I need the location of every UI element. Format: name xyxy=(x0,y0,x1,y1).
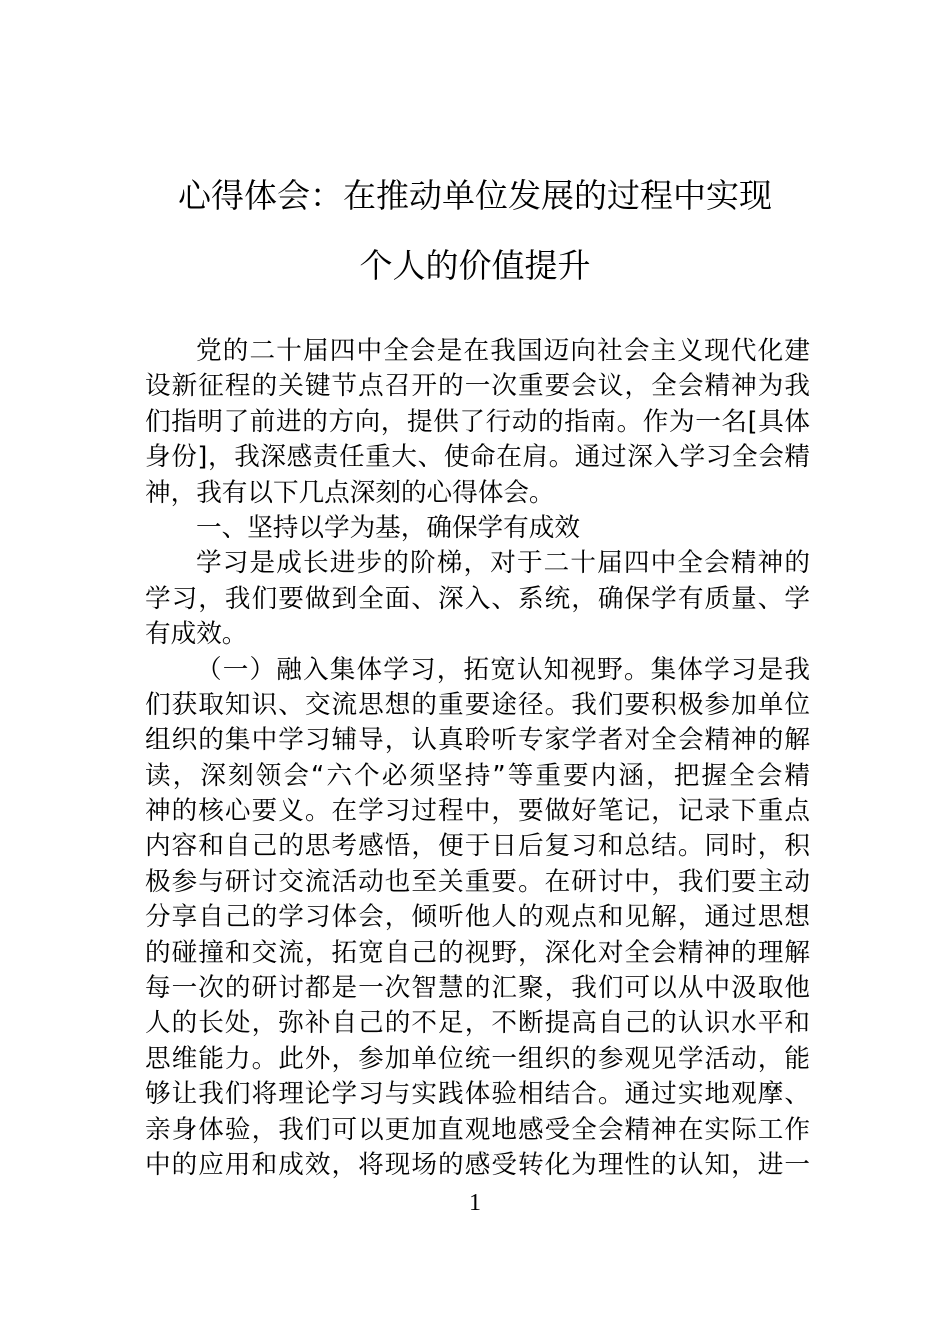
body-text-line: 学习，我们要做到全面、深入、系统，确保学有质量、学 xyxy=(145,582,810,617)
document-title-line-1: 心得体会：在推动单位发展的过程中实现 xyxy=(140,176,810,216)
body-text-line: 设新征程的关键节点召开的一次重要会议，全会精神为我 xyxy=(145,369,810,404)
body-text-line: 分享自己的学习体会，倾听他人的观点和见解，通过思想 xyxy=(145,900,810,935)
body-text-line: 中的应用和成效，将现场的感受转化为理性的认知，进一 xyxy=(145,1148,810,1183)
body-text-line: 党的二十届四中全会是在我国迈向社会主义现代化建 xyxy=(145,334,810,369)
body-text-line: 够让我们将理论学习与实践体验相结合。通过实地观摩、 xyxy=(145,1077,810,1112)
body-text-line: 读，深刻领会“六个必须坚持”等重要内涵，把握全会精 xyxy=(145,759,810,794)
body-text-line: 神，我有以下几点深刻的心得体会。 xyxy=(145,476,810,511)
document-title-line-2: 个人的价值提升 xyxy=(140,246,810,286)
body-text-line: 有成效。 xyxy=(145,617,810,652)
body-text-line: 人的长处，弥补自己的不足，不断提高自己的认识水平和 xyxy=(145,1006,810,1041)
document-body: 党的二十届四中全会是在我国迈向社会主义现代化建设新征程的关键节点召开的一次重要会… xyxy=(145,334,810,1183)
body-text-line: 内容和自己的思考感悟，便于日后复习和总结。同时，积 xyxy=(145,829,810,864)
body-text-line: 极参与研讨交流活动也至关重要。在研讨中，我们要主动 xyxy=(145,865,810,900)
body-text-line: 亲身体验，我们可以更加直观地感受全会精神在实际工作 xyxy=(145,1113,810,1148)
body-text-line: （一）融入集体学习，拓宽认知视野。集体学习是我 xyxy=(145,653,810,688)
body-text-line: 每一次的研讨都是一次智慧的汇聚，我们可以从中汲取他 xyxy=(145,971,810,1006)
body-text-line: 神的核心要义。在学习过程中，要做好笔记，记录下重点 xyxy=(145,794,810,829)
page-number: 1 xyxy=(0,1188,950,1218)
body-text-line: 学习是成长进步的阶梯，对于二十届四中全会精神的 xyxy=(145,546,810,581)
body-text-line: 身份]，我深感责任重大、使命在肩。通过深入学习全会精 xyxy=(145,440,810,475)
body-text-line: 们指明了前进的方向，提供了行动的指南。作为一名[具体 xyxy=(145,405,810,440)
document-page: 心得体会：在推动单位发展的过程中实现 个人的价值提升 党的二十届四中全会是在我国… xyxy=(0,0,950,1344)
body-text-line: 们获取知识、交流思想的重要途径。我们要积极参加单位 xyxy=(145,688,810,723)
body-text-line: 组织的集中学习辅导，认真聆听专家学者对全会精神的解 xyxy=(145,723,810,758)
body-text-line: 思维能力。此外，参加单位统一组织的参观见学活动，能 xyxy=(145,1042,810,1077)
body-text-line: 一、坚持以学为基，确保学有成效 xyxy=(145,511,810,546)
body-text-line: 的碰撞和交流，拓宽自己的视野，深化对全会精神的理解 xyxy=(145,936,810,971)
